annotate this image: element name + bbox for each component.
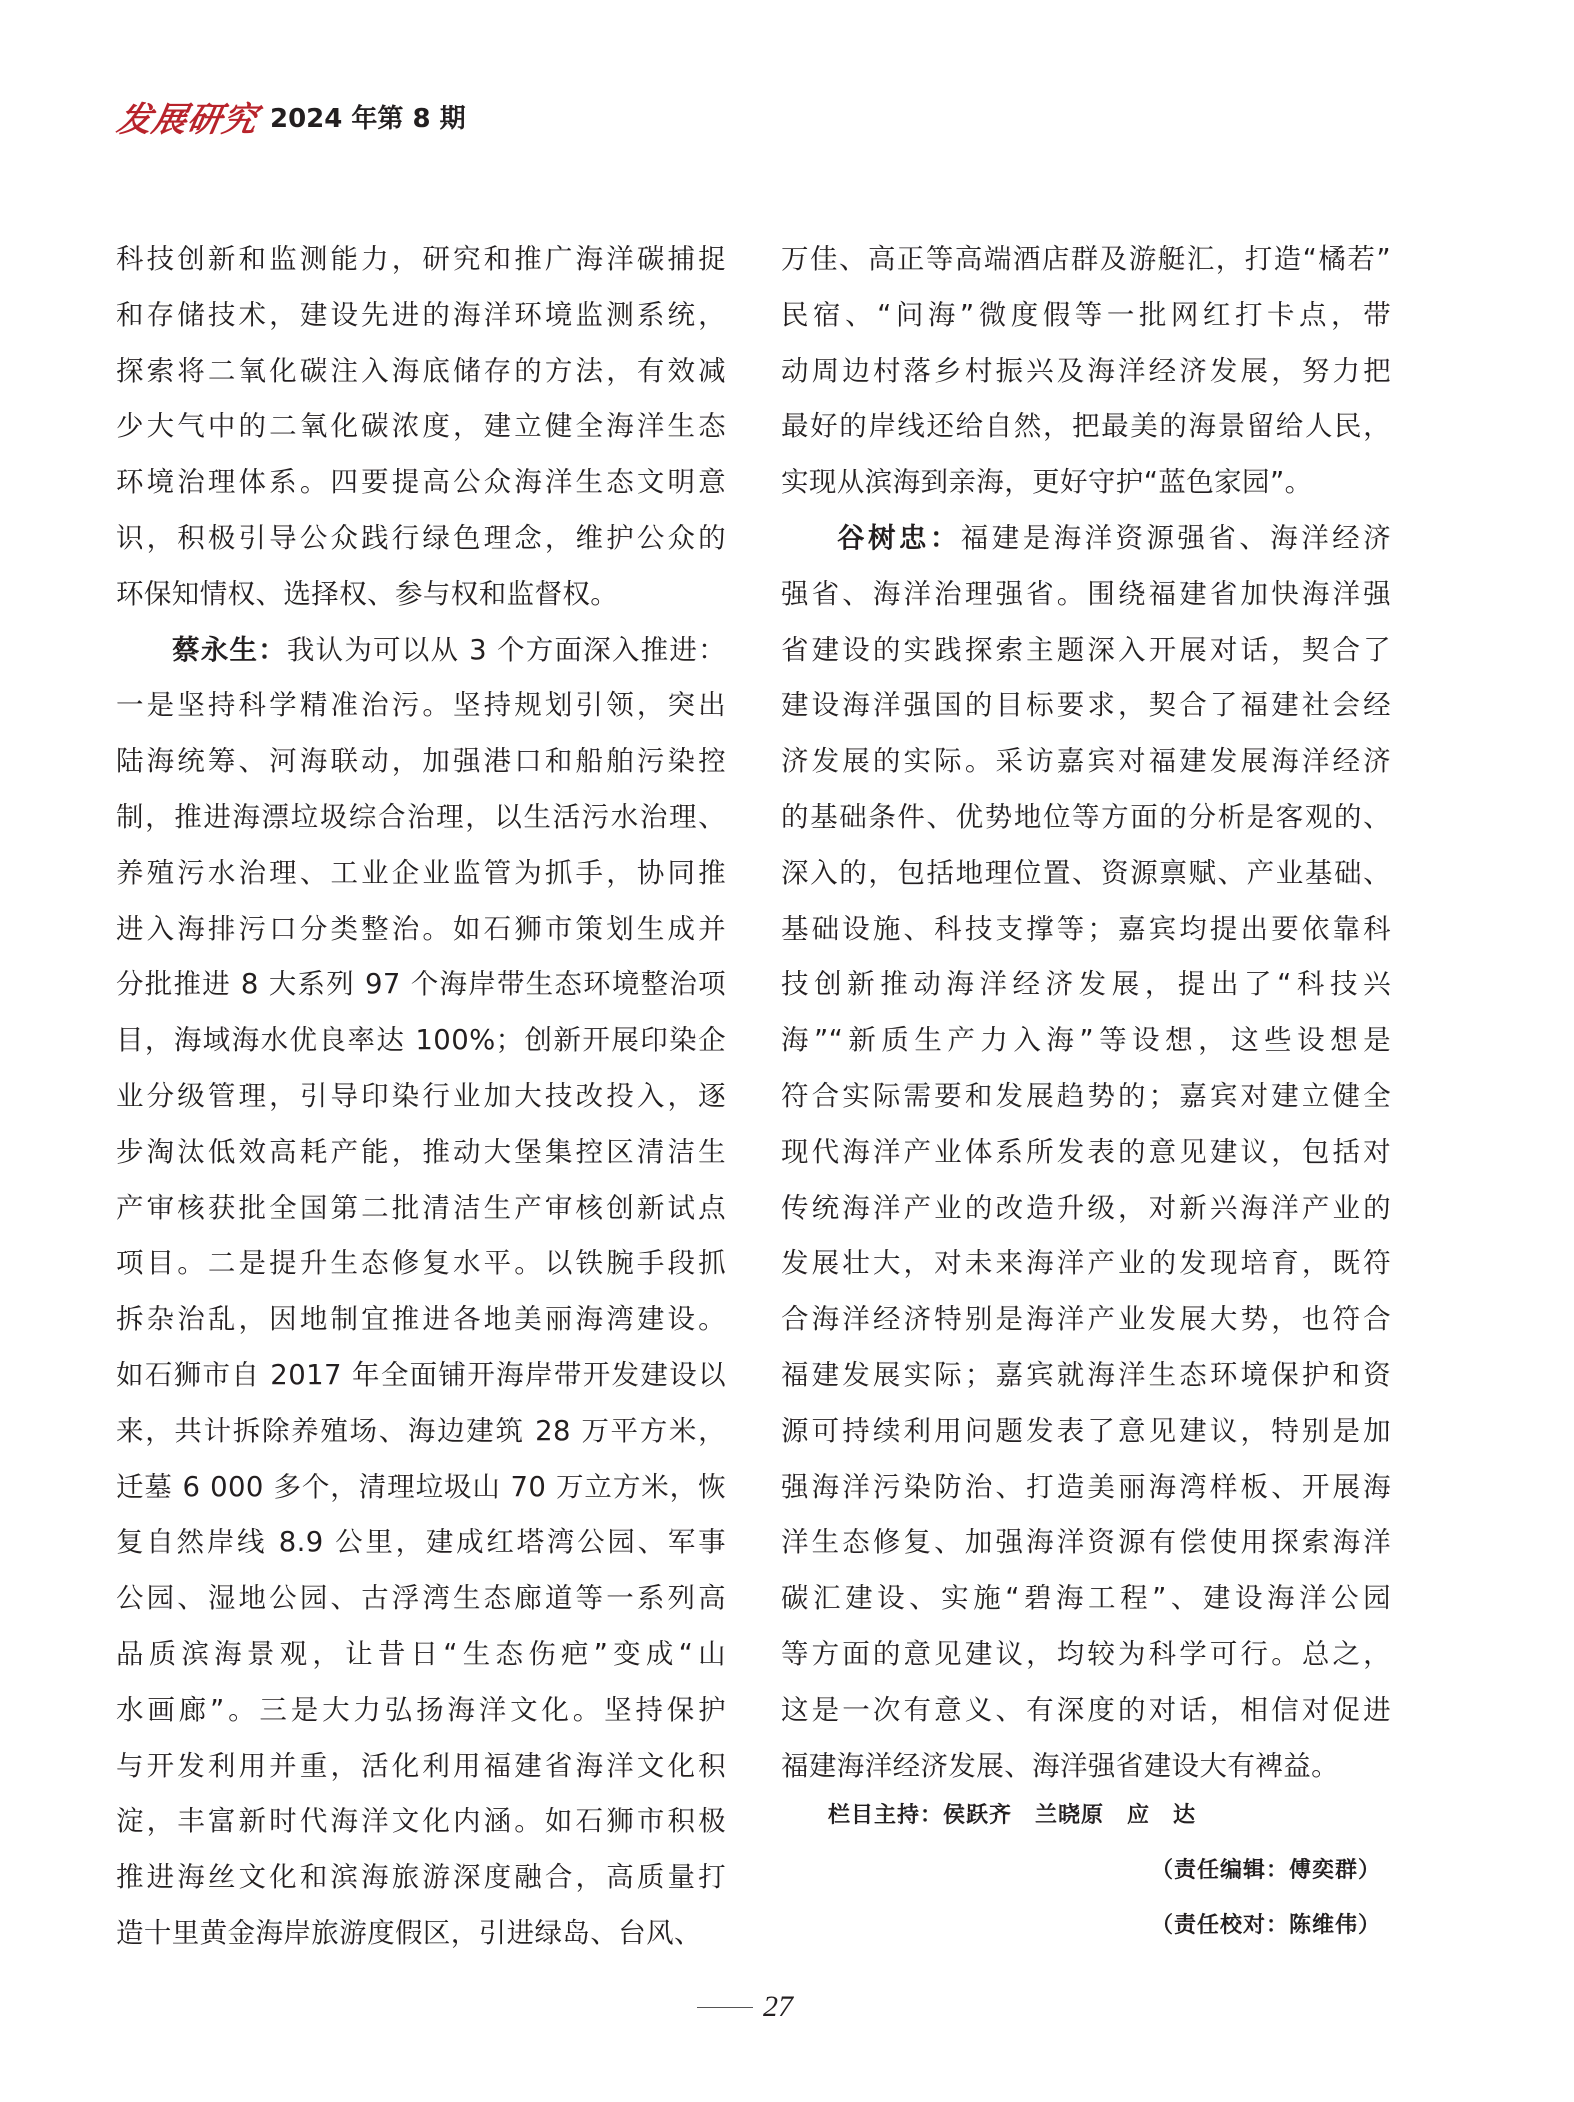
text-line: 环境治理体系。四要提高公众海洋生态文明意 bbox=[116, 455, 726, 511]
line-text: 强海洋污染防治、打造美丽海湾样板、开展海 bbox=[781, 1471, 1391, 1503]
line-text: 科技创新和监测能力，研究和推广海洋碳捕捉 bbox=[116, 243, 726, 275]
text-line: 推进海丝文化和滨海旅游深度融合，高质量打 bbox=[116, 1850, 726, 1906]
line-text: 探索将二氧化碳注入海底储存的方法，有效减 bbox=[116, 355, 726, 387]
text-line: 科技创新和监测能力，研究和推广海洋碳捕捉 bbox=[116, 232, 726, 288]
line-text: 公园、湿地公园、古浮湾生态廊道等一系列高 bbox=[116, 1582, 726, 1614]
text-line: 养殖污水治理、工业企业监管为抓手，协同推 bbox=[116, 846, 726, 902]
line-text: 福建海洋经济发展、海洋强省建设大有裨益。 bbox=[781, 1750, 1339, 1782]
text-line: 一是坚持科学精准治污。坚持规划引领，突出 bbox=[116, 678, 726, 734]
text-line: 目，海域海水优良率达 100%；创新开展印染企 bbox=[116, 1013, 726, 1069]
line-text: 品质滨海景观，让昔日“生态伤疤”变成“山 bbox=[116, 1638, 726, 1670]
line-text: 发展壮大，对未来海洋产业的发现培育，既符 bbox=[781, 1247, 1391, 1279]
line-text: 产审核获批全国第二批清洁生产审核创新试点 bbox=[116, 1192, 726, 1224]
line-text: 与开发利用并重，活化利用福建省海洋文化积 bbox=[116, 1750, 726, 1782]
line-text: 福建发展实际；嘉宾就海洋生态环境保护和资 bbox=[781, 1359, 1391, 1391]
text-line: 万佳、高正等高端酒店群及游艇汇，打造“橘若” bbox=[781, 232, 1391, 288]
text-line: 公园、湿地公园、古浮湾生态廊道等一系列高 bbox=[116, 1571, 726, 1627]
line-text: 民宿、“问海”微度假等一批网红打卡点，带 bbox=[781, 299, 1391, 331]
line-text: 符合实际需要和发展趋势的；嘉宾对建立健全 bbox=[781, 1080, 1391, 1112]
line-text: 推进海丝文化和滨海旅游深度融合，高质量打 bbox=[116, 1861, 726, 1893]
line-text: 陆海统筹、河海联动，加强港口和船舶污染控 bbox=[116, 745, 726, 777]
text-line: 发展壮大，对未来海洋产业的发现培育，既符 bbox=[781, 1236, 1391, 1292]
text-line: 建设海洋强国的目标要求，契合了福建社会经 bbox=[781, 678, 1391, 734]
line-text: 技创新推动海洋经济发展，提出了“科技兴 bbox=[781, 968, 1391, 1000]
line-text: 合海洋经济特别是海洋产业发展大势，也符合 bbox=[781, 1303, 1391, 1335]
text-line: 这是一次有意义、有深度的对话，相信对促进 bbox=[781, 1683, 1391, 1739]
text-line: 拆杂治乱，因地制宜推进各地美丽海湾建设。 bbox=[116, 1292, 726, 1348]
line-text: 少大气中的二氧化碳浓度，建立健全海洋生态 bbox=[116, 410, 726, 442]
speaker-name: 谷树忠： bbox=[837, 522, 961, 554]
left-column: 科技创新和监测能力，研究和推广海洋碳捕捉和存储技术，建设先进的海洋环境监测系统，… bbox=[116, 232, 726, 1962]
text-line: 项目。二是提升生态修复水平。以铁腕手段抓 bbox=[116, 1236, 726, 1292]
line-text: 等方面的意见建议，均较为科学可行。总之， bbox=[781, 1638, 1391, 1670]
page-number: 27 bbox=[763, 1990, 793, 2024]
text-line: 技创新推动海洋经济发展，提出了“科技兴 bbox=[781, 957, 1391, 1013]
text-line: 碳汇建设、实施“碧海工程”、建设海洋公园 bbox=[781, 1571, 1391, 1627]
proofreader-credit: （责任校对：陈维伟） bbox=[781, 1898, 1391, 1953]
text-line: 蔡永生：我认为可以从 3 个方面深入推进： bbox=[116, 623, 726, 679]
text-line: 环保知情权、选择权、参与权和监督权。 bbox=[116, 567, 726, 623]
text-line: 源可持续利用问题发表了意见建议，特别是加 bbox=[781, 1404, 1391, 1460]
line-text: 福建是海洋资源强省、海洋经济 bbox=[961, 522, 1391, 554]
line-text: 的基础条件、优势地位等方面的分析是客观的、 bbox=[781, 801, 1391, 833]
text-line: 合海洋经济特别是海洋产业发展大势，也符合 bbox=[781, 1292, 1391, 1348]
line-text: 海”“新质生产力入海”等设想，这些设想是 bbox=[781, 1024, 1391, 1056]
line-text: 洋生态修复、加强海洋资源有偿使用探索海洋 bbox=[781, 1526, 1391, 1558]
line-text: 淀，丰富新时代海洋文化内涵。如石狮市积极 bbox=[116, 1805, 726, 1837]
text-line: 复自然岸线 8.9 公里，建成红塔湾公园、军事 bbox=[116, 1515, 726, 1571]
text-line: 福建海洋经济发展、海洋强省建设大有裨益。 bbox=[781, 1739, 1391, 1795]
text-line: 基础设施、科技支撑等；嘉宾均提出要依靠科 bbox=[781, 902, 1391, 958]
line-text: 迁墓 6 000 多个，清理垃圾山 70 万立方米，恢 bbox=[116, 1471, 726, 1503]
text-line: 符合实际需要和发展趋势的；嘉宾对建立健全 bbox=[781, 1069, 1391, 1125]
text-line: 识，积极引导公众践行绿色理念，维护公众的 bbox=[116, 511, 726, 567]
line-text: 业分级管理，引导印染行业加大技改投入，逐 bbox=[116, 1080, 726, 1112]
text-line: 强省、海洋治理强省。围绕福建省加快海洋强 bbox=[781, 567, 1391, 623]
line-text: 基础设施、科技支撑等；嘉宾均提出要依靠科 bbox=[781, 913, 1391, 945]
line-text: 来，共计拆除养殖场、海边建筑 28 万平方米， bbox=[116, 1415, 726, 1447]
text-line: 如石狮市自 2017 年全面铺开海岸带开发建设以 bbox=[116, 1348, 726, 1404]
line-text: 现代海洋产业体系所发表的意见建议，包括对 bbox=[781, 1136, 1391, 1168]
line-text: 环保知情权、选择权、参与权和监督权。 bbox=[116, 578, 618, 610]
text-line: 强海洋污染防治、打造美丽海湾样板、开展海 bbox=[781, 1460, 1391, 1516]
text-line: 传统海洋产业的改造升级，对新兴海洋产业的 bbox=[781, 1181, 1391, 1237]
text-line: 陆海统筹、河海联动，加强港口和船舶污染控 bbox=[116, 734, 726, 790]
text-line: 海”“新质生产力入海”等设想，这些设想是 bbox=[781, 1013, 1391, 1069]
credits-block: 栏目主持：侯跃齐 兰晓原 应 达 （责任编辑：傅奕群） （责任校对：陈维伟） bbox=[781, 1788, 1391, 1953]
text-line: 等方面的意见建议，均较为科学可行。总之， bbox=[781, 1627, 1391, 1683]
line-text: 复自然岸线 8.9 公里，建成红塔湾公园、军事 bbox=[116, 1526, 726, 1558]
line-text: 最好的岸线还给自然，把最美的海景留给人民， bbox=[781, 410, 1391, 442]
editor-credit: （责任编辑：傅奕群） bbox=[781, 1843, 1391, 1898]
text-line: 民宿、“问海”微度假等一批网红打卡点，带 bbox=[781, 288, 1391, 344]
line-text: 动周边村落乡村振兴及海洋经济发展，努力把 bbox=[781, 355, 1391, 387]
text-line: 洋生态修复、加强海洋资源有偿使用探索海洋 bbox=[781, 1515, 1391, 1571]
line-text: 步淘汰低效高耗产能，推动大堡集控区清洁生 bbox=[116, 1136, 726, 1168]
text-line: 最好的岸线还给自然，把最美的海景留给人民， bbox=[781, 399, 1391, 455]
line-text: 项目。二是提升生态修复水平。以铁腕手段抓 bbox=[116, 1247, 726, 1279]
text-line: 谷树忠：福建是海洋资源强省、海洋经济 bbox=[781, 511, 1391, 567]
text-line: 和存储技术，建设先进的海洋环境监测系统， bbox=[116, 288, 726, 344]
journal-logo: 发展研究 bbox=[114, 92, 263, 141]
line-text: 实现从滨海到亲海，更好守护“蓝色家园”。 bbox=[781, 466, 1313, 498]
text-line: 与开发利用并重，活化利用福建省海洋文化积 bbox=[116, 1739, 726, 1795]
text-line: 迁墓 6 000 多个，清理垃圾山 70 万立方米，恢 bbox=[116, 1460, 726, 1516]
text-line: 实现从滨海到亲海，更好守护“蓝色家园”。 bbox=[781, 455, 1391, 511]
footer-rule bbox=[697, 2007, 753, 2008]
issue-label: 2024 年第 8 期 bbox=[270, 98, 466, 135]
column-hosts: 栏目主持：侯跃齐 兰晓原 应 达 bbox=[781, 1788, 1391, 1843]
text-line: 福建发展实际；嘉宾就海洋生态环境保护和资 bbox=[781, 1348, 1391, 1404]
line-text: 深入的，包括地理位置、资源禀赋、产业基础、 bbox=[781, 857, 1391, 889]
text-line: 步淘汰低效高耗产能，推动大堡集控区清洁生 bbox=[116, 1125, 726, 1181]
text-line: 深入的，包括地理位置、资源禀赋、产业基础、 bbox=[781, 846, 1391, 902]
line-text: 拆杂治乱，因地制宜推进各地美丽海湾建设。 bbox=[116, 1303, 726, 1335]
right-column: 万佳、高正等高端酒店群及游艇汇，打造“橘若”民宿、“问海”微度假等一批网红打卡点… bbox=[781, 232, 1391, 1794]
text-line: 淀，丰富新时代海洋文化内涵。如石狮市积极 bbox=[116, 1794, 726, 1850]
line-text: 省建设的实践探索主题深入开展对话，契合了 bbox=[781, 634, 1391, 666]
line-text: 强省、海洋治理强省。围绕福建省加快海洋强 bbox=[781, 578, 1391, 610]
text-line: 的基础条件、优势地位等方面的分析是客观的、 bbox=[781, 790, 1391, 846]
text-line: 水画廊”。三是大力弘扬海洋文化。坚持保护 bbox=[116, 1683, 726, 1739]
text-line: 济发展的实际。采访嘉宾对福建发展海洋经济 bbox=[781, 734, 1391, 790]
line-text: 识，积极引导公众践行绿色理念，维护公众的 bbox=[116, 522, 726, 554]
line-text: 建设海洋强国的目标要求，契合了福建社会经 bbox=[781, 689, 1391, 721]
line-text: 如石狮市自 2017 年全面铺开海岸带开发建设以 bbox=[116, 1359, 726, 1391]
line-text: 传统海洋产业的改造升级，对新兴海洋产业的 bbox=[781, 1192, 1391, 1224]
line-text: 我认为可以从 3 个方面深入推进： bbox=[287, 634, 726, 666]
page-footer: 27 bbox=[697, 1990, 793, 2024]
line-text: 济发展的实际。采访嘉宾对福建发展海洋经济 bbox=[781, 745, 1391, 777]
text-line: 动周边村落乡村振兴及海洋经济发展，努力把 bbox=[781, 344, 1391, 400]
speaker-name: 蔡永生： bbox=[172, 634, 287, 666]
text-line: 少大气中的二氧化碳浓度，建立健全海洋生态 bbox=[116, 399, 726, 455]
text-line: 产审核获批全国第二批清洁生产审核创新试点 bbox=[116, 1181, 726, 1237]
line-text: 制，推进海漂垃圾综合治理，以生活污水治理、 bbox=[116, 801, 726, 833]
text-line: 探索将二氧化碳注入海底储存的方法，有效减 bbox=[116, 344, 726, 400]
line-text: 水画廊”。三是大力弘扬海洋文化。坚持保护 bbox=[116, 1694, 726, 1726]
text-line: 进入海排污口分类整治。如石狮市策划生成并 bbox=[116, 902, 726, 958]
line-text: 养殖污水治理、工业企业监管为抓手，协同推 bbox=[116, 857, 726, 889]
line-text: 源可持续利用问题发表了意见建议，特别是加 bbox=[781, 1415, 1391, 1447]
line-text: 目，海域海水优良率达 100%；创新开展印染企 bbox=[116, 1024, 726, 1056]
text-line: 来，共计拆除养殖场、海边建筑 28 万平方米， bbox=[116, 1404, 726, 1460]
text-line: 制，推进海漂垃圾综合治理，以生活污水治理、 bbox=[116, 790, 726, 846]
line-text: 和存储技术，建设先进的海洋环境监测系统， bbox=[116, 299, 726, 331]
line-text: 这是一次有意义、有深度的对话，相信对促进 bbox=[781, 1694, 1391, 1726]
line-text: 一是坚持科学精准治污。坚持规划引领，突出 bbox=[116, 689, 726, 721]
text-line: 业分级管理，引导印染行业加大技改投入，逐 bbox=[116, 1069, 726, 1125]
line-text: 分批推进 8 大系列 97 个海岸带生态环境整治项 bbox=[116, 968, 726, 1000]
line-text: 进入海排污口分类整治。如石狮市策划生成并 bbox=[116, 913, 726, 945]
text-line: 省建设的实践探索主题深入开展对话，契合了 bbox=[781, 623, 1391, 679]
line-text: 碳汇建设、实施“碧海工程”、建设海洋公园 bbox=[781, 1582, 1391, 1614]
line-text: 造十里黄金海岸旅游度假区，引进绿岛、台风、 bbox=[116, 1917, 702, 1949]
line-text: 万佳、高正等高端酒店群及游艇汇，打造“橘若” bbox=[781, 243, 1391, 275]
line-text: 环境治理体系。四要提高公众海洋生态文明意 bbox=[116, 466, 726, 498]
text-line: 品质滨海景观，让昔日“生态伤疤”变成“山 bbox=[116, 1627, 726, 1683]
text-line: 造十里黄金海岸旅游度假区，引进绿岛、台风、 bbox=[116, 1906, 726, 1962]
text-line: 分批推进 8 大系列 97 个海岸带生态环境整治项 bbox=[116, 957, 726, 1013]
running-header: 发展研究 2024 年第 8 期 bbox=[118, 96, 466, 136]
text-line: 现代海洋产业体系所发表的意见建议，包括对 bbox=[781, 1125, 1391, 1181]
